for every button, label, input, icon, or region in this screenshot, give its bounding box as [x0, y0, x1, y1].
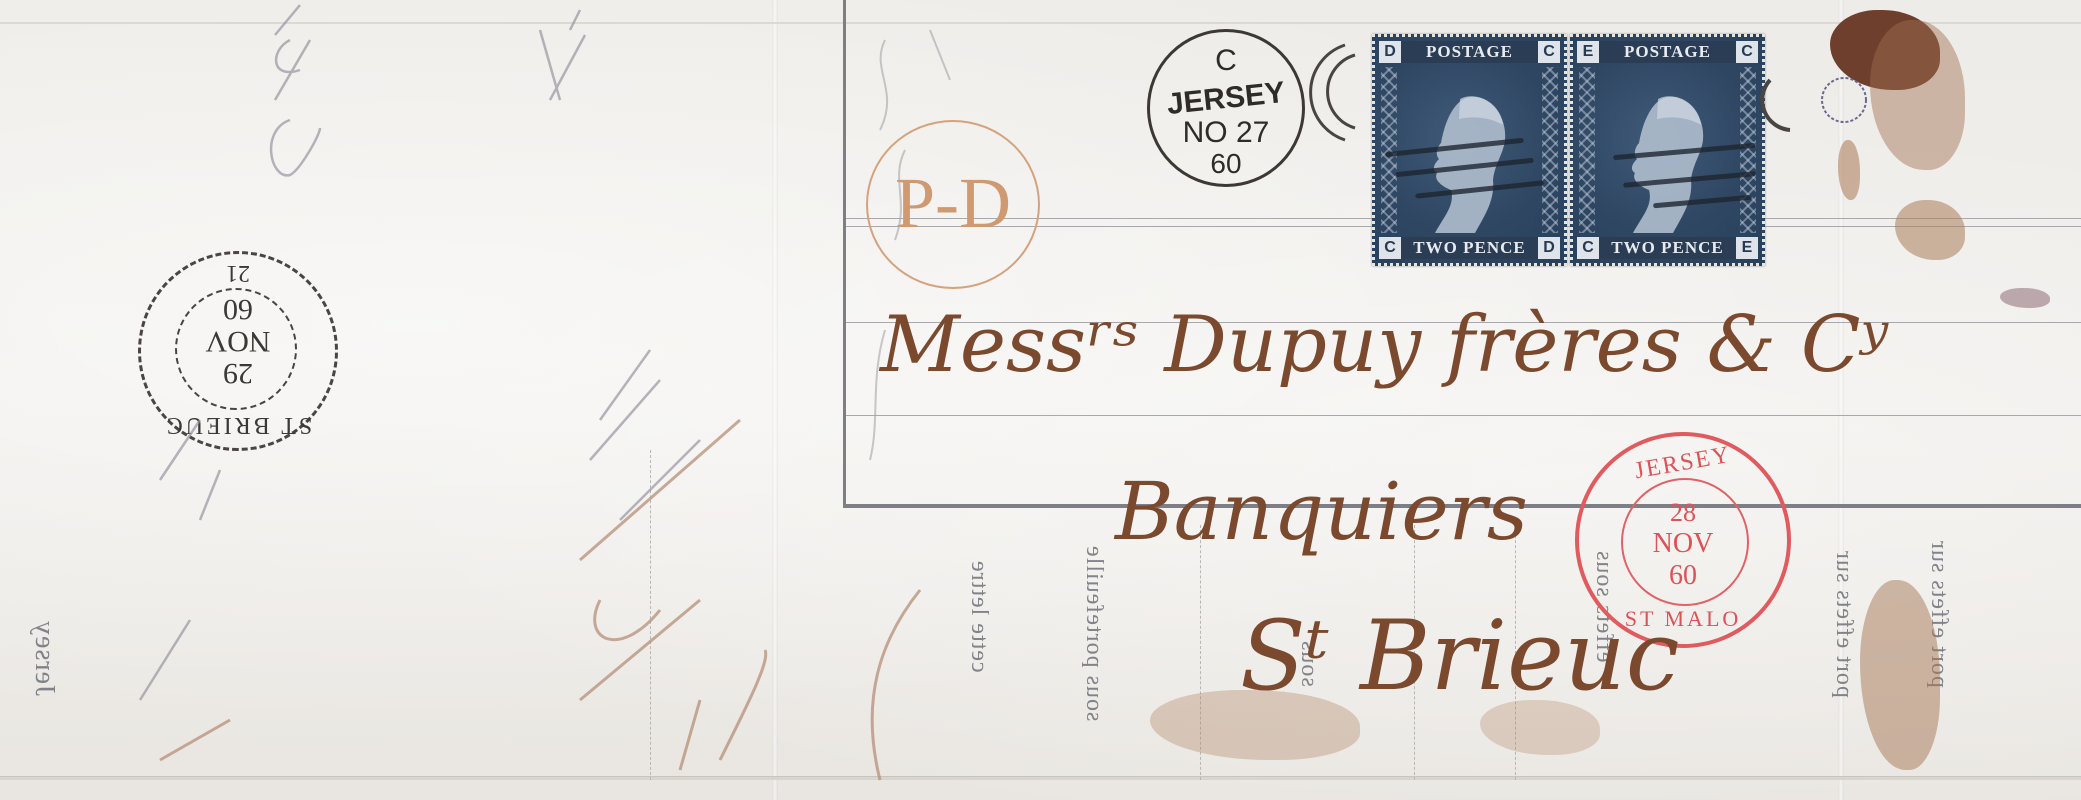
address-line-2: Banquiers [1115, 465, 1528, 558]
show-through-handwriting [0, 0, 2081, 800]
address-line-3: Sᵗ Brieuc [1240, 600, 1680, 712]
address-line-1: Messʳˢ Dupuy frères & Cʸ [880, 300, 1888, 390]
